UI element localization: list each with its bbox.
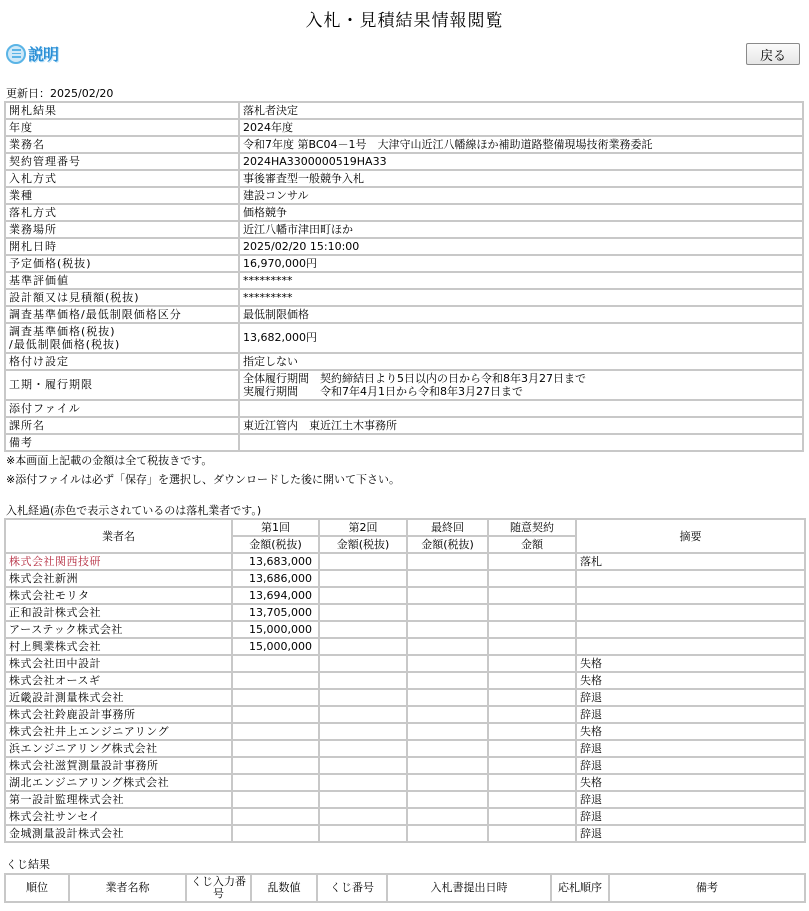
info-label: 契約管理番号 <box>5 153 239 170</box>
header-company: 業者名 <box>5 519 232 553</box>
info-label: 調査基準価格(税抜)/最低制限価格(税抜) <box>5 323 239 353</box>
company-cell: アーステック株式会社 <box>5 621 232 638</box>
bid-info-table: 開札結果落札者決定年度2024年度業務名令和7年度 第BC04－1号 大津守山近… <box>4 101 804 452</box>
round2-amount <box>319 706 407 723</box>
info-row: 業務場所近江八幡市津田町ほか <box>5 221 803 238</box>
lottery-table: 順位業者名称くじ入力番号乱数値くじ番号入札書提出日時応札順序備考 <box>4 873 806 903</box>
round2-amount <box>319 808 407 825</box>
negotiated-amount <box>488 672 576 689</box>
round1-amount <box>232 723 319 740</box>
round1-amount: 13,705,000 <box>232 604 319 621</box>
info-row: 業種建設コンサル <box>5 187 803 204</box>
final-amount <box>407 791 488 808</box>
round2-amount <box>319 587 407 604</box>
final-amount <box>407 825 488 842</box>
info-label: 備考 <box>5 434 239 451</box>
info-label: 年度 <box>5 119 239 136</box>
round1-amount <box>232 655 319 672</box>
final-amount <box>407 808 488 825</box>
info-label: 開札結果 <box>5 102 239 119</box>
info-value: ********* <box>239 272 803 289</box>
bid-row: 近畿設計測量株式会社辞退 <box>5 689 805 706</box>
info-row: 備考 <box>5 434 803 451</box>
final-amount <box>407 655 488 672</box>
negotiated-amount <box>488 621 576 638</box>
summary-cell: 落札 <box>576 553 805 570</box>
company-cell: 第一設計監理株式会社 <box>5 791 232 808</box>
header-final: 最終回 <box>407 519 488 536</box>
bid-row: アーステック株式会社15,000,000 <box>5 621 805 638</box>
round1-amount <box>232 774 319 791</box>
summary-cell <box>576 587 805 604</box>
info-row: 開札日時2025/02/20 15:10:00 <box>5 238 803 255</box>
summary-cell: 辞退 <box>576 757 805 774</box>
company-cell: 株式会社サンセイ <box>5 808 232 825</box>
info-value: ********* <box>239 289 803 306</box>
info-value: 指定しない <box>239 353 803 370</box>
help-label: 説明 <box>28 42 58 65</box>
header-round1-amount: 金額(税抜) <box>232 536 319 553</box>
tax-note: ※本画面上記載の金額は全て税抜きです。 <box>6 452 212 468</box>
info-row: 調査基準価格(税抜)/最低制限価格(税抜)13,682,000円 <box>5 323 803 353</box>
round1-amount <box>232 757 319 774</box>
info-value: 建設コンサル <box>239 187 803 204</box>
info-label: 開札日時 <box>5 238 239 255</box>
round2-amount <box>319 672 407 689</box>
bid-row: 正和設計株式会社13,705,000 <box>5 604 805 621</box>
round2-amount <box>319 655 407 672</box>
final-amount <box>407 570 488 587</box>
info-label: 業種 <box>5 187 239 204</box>
header-round2: 第2回 <box>319 519 407 536</box>
lottery-header: 入札書提出日時 <box>387 874 551 902</box>
info-row: 落札方式価格競争 <box>5 204 803 221</box>
bid-row: 株式会社モリタ13,694,000 <box>5 587 805 604</box>
round1-amount: 15,000,000 <box>232 638 319 655</box>
final-amount <box>407 757 488 774</box>
negotiated-amount <box>488 774 576 791</box>
info-label-line: /最低制限価格(税抜) <box>9 338 235 351</box>
attachment-note: ※添付ファイルは必ず「保存」を選択し、ダウンロードした後に開いて下さい。 <box>6 471 400 487</box>
negotiated-amount <box>488 604 576 621</box>
round1-amount: 13,694,000 <box>232 587 319 604</box>
info-value <box>239 400 803 417</box>
final-amount <box>407 774 488 791</box>
round2-amount <box>319 740 407 757</box>
header-summary: 摘要 <box>576 519 805 553</box>
company-cell: 株式会社滋賀測量設計事務所 <box>5 757 232 774</box>
info-label: 業務名 <box>5 136 239 153</box>
negotiated-amount <box>488 570 576 587</box>
info-label: 課所名 <box>5 417 239 434</box>
round1-amount <box>232 672 319 689</box>
final-amount <box>407 706 488 723</box>
header-round2-amount: 金額(税抜) <box>319 536 407 553</box>
final-amount <box>407 689 488 706</box>
final-amount <box>407 604 488 621</box>
final-amount <box>407 723 488 740</box>
info-label: 予定価格(税抜) <box>5 255 239 272</box>
final-amount <box>407 621 488 638</box>
company-cell: 株式会社モリタ <box>5 587 232 604</box>
final-amount <box>407 638 488 655</box>
round1-amount <box>232 689 319 706</box>
summary-cell: 辞退 <box>576 825 805 842</box>
company-cell: 株式会社井上エンジニアリング <box>5 723 232 740</box>
bid-history-caption: 入札経過(赤色で表示されているのは落札業者です。) <box>6 502 261 518</box>
back-button[interactable]: 戻る <box>746 43 800 65</box>
round1-amount <box>232 706 319 723</box>
company-cell: 株式会社オースギ <box>5 672 232 689</box>
negotiated-amount <box>488 638 576 655</box>
bid-row: 金城測量設計株式会社辞退 <box>5 825 805 842</box>
company-cell: 株式会社田中設計 <box>5 655 232 672</box>
page-title: 入札・見積結果情報閲覧 <box>0 6 809 31</box>
info-value: 落札者決定 <box>239 102 803 119</box>
info-value-line: 全体履行期間 契約締結日より5日以内の日から令和8年3月27日まで <box>243 372 799 385</box>
final-amount <box>407 740 488 757</box>
negotiated-amount <box>488 655 576 672</box>
summary-cell <box>576 621 805 638</box>
header-final-amount: 金額(税抜) <box>407 536 488 553</box>
info-value: 事後審査型一般競争入札 <box>239 170 803 187</box>
negotiated-amount <box>488 808 576 825</box>
summary-cell: 辞退 <box>576 689 805 706</box>
info-row: 年度2024年度 <box>5 119 803 136</box>
negotiated-amount <box>488 723 576 740</box>
bid-row: 浜エンジニアリング株式会社辞退 <box>5 740 805 757</box>
summary-cell: 辞退 <box>576 740 805 757</box>
lottery-header: 備考 <box>609 874 805 902</box>
round1-amount <box>232 740 319 757</box>
info-row: 調査基準価格/最低制限価格区分最低制限価格 <box>5 306 803 323</box>
round2-amount <box>319 791 407 808</box>
info-label: 添付ファイル <box>5 400 239 417</box>
bid-row: 株式会社井上エンジニアリング失格 <box>5 723 805 740</box>
round2-amount <box>319 689 407 706</box>
lottery-header: くじ番号 <box>317 874 387 902</box>
bid-row: 株式会社サンセイ辞退 <box>5 808 805 825</box>
info-value <box>239 434 803 451</box>
round2-amount <box>319 723 407 740</box>
info-label: 格付け設定 <box>5 353 239 370</box>
info-value-line: 実履行期間 令和7年4月1日から令和8年3月27日まで <box>243 385 799 398</box>
info-label: 設計額又は見積額(税抜) <box>5 289 239 306</box>
summary-cell: 失格 <box>576 672 805 689</box>
summary-cell: 失格 <box>576 774 805 791</box>
summary-cell: 失格 <box>576 655 805 672</box>
summary-cell <box>576 604 805 621</box>
info-label-line: 調査基準価格(税抜) <box>9 325 235 338</box>
summary-cell <box>576 638 805 655</box>
round2-amount <box>319 621 407 638</box>
negotiated-amount <box>488 791 576 808</box>
info-value: 東近江管内 東近江土木事務所 <box>239 417 803 434</box>
info-value: 近江八幡市津田町ほか <box>239 221 803 238</box>
summary-cell: 辞退 <box>576 791 805 808</box>
info-label: 業務場所 <box>5 221 239 238</box>
round2-amount <box>319 757 407 774</box>
lottery-header: くじ入力番号 <box>186 874 251 902</box>
info-row: 課所名東近江管内 東近江土木事務所 <box>5 417 803 434</box>
info-value: 全体履行期間 契約締結日より5日以内の日から令和8年3月27日まで実履行期間 令… <box>239 370 803 400</box>
bid-row: 株式会社滋賀測量設計事務所辞退 <box>5 757 805 774</box>
round1-amount <box>232 791 319 808</box>
company-cell: 株式会社関西技研 <box>5 553 232 570</box>
lottery-header: 業者名称 <box>69 874 186 902</box>
updated-date: 更新日：2025/02/20 <box>6 85 113 101</box>
summary-cell: 辞退 <box>576 706 805 723</box>
company-cell: 株式会社新洲 <box>5 570 232 587</box>
company-cell: 近畿設計測量株式会社 <box>5 689 232 706</box>
company-cell: 正和設計株式会社 <box>5 604 232 621</box>
header-negotiated-amount: 金額 <box>488 536 576 553</box>
negotiated-amount <box>488 689 576 706</box>
info-row: 業務名令和7年度 第BC04－1号 大津守山近江八幡線ほか補助道路整備現場技術業… <box>5 136 803 153</box>
info-row: 設計額又は見積額(税抜)********* <box>5 289 803 306</box>
info-label: 落札方式 <box>5 204 239 221</box>
round1-amount <box>232 825 319 842</box>
company-cell: 浜エンジニアリング株式会社 <box>5 740 232 757</box>
info-value: 2024年度 <box>239 119 803 136</box>
info-row: 開札結果落札者決定 <box>5 102 803 119</box>
negotiated-amount <box>488 587 576 604</box>
lottery-caption: くじ結果 <box>6 856 50 872</box>
round2-amount <box>319 774 407 791</box>
winning-bid-row: 株式会社関西技研13,683,000落札 <box>5 553 805 570</box>
info-value: 13,682,000円 <box>239 323 803 353</box>
info-value: 2024HA3300000519HA33 <box>239 153 803 170</box>
round2-amount <box>319 570 407 587</box>
lottery-header: 順位 <box>5 874 69 902</box>
document-icon <box>6 44 26 64</box>
summary-cell: 辞退 <box>576 808 805 825</box>
bid-row: 湖北エンジニアリング株式会社失格 <box>5 774 805 791</box>
info-value: 2025/02/20 15:10:00 <box>239 238 803 255</box>
lottery-header: 応札順序 <box>551 874 609 902</box>
final-amount <box>407 587 488 604</box>
round1-amount: 15,000,000 <box>232 621 319 638</box>
bid-row: 株式会社鈴鹿設計事務所辞退 <box>5 706 805 723</box>
negotiated-amount <box>488 740 576 757</box>
negotiated-amount <box>488 825 576 842</box>
info-label: 基準評価値 <box>5 272 239 289</box>
final-amount <box>407 553 488 570</box>
company-cell: 金城測量設計株式会社 <box>5 825 232 842</box>
info-row: 添付ファイル <box>5 400 803 417</box>
info-value: 16,970,000円 <box>239 255 803 272</box>
info-row: 格付け設定指定しない <box>5 353 803 370</box>
negotiated-amount <box>488 706 576 723</box>
final-amount <box>407 672 488 689</box>
bid-row: 第一設計監理株式会社辞退 <box>5 791 805 808</box>
round1-amount: 13,683,000 <box>232 553 319 570</box>
summary-cell: 失格 <box>576 723 805 740</box>
company-cell: 株式会社鈴鹿設計事務所 <box>5 706 232 723</box>
help-link[interactable]: 説明 <box>6 42 58 65</box>
bid-row: 株式会社新洲13,686,000 <box>5 570 805 587</box>
info-value: 令和7年度 第BC04－1号 大津守山近江八幡線ほか補助道路整備現場技術業務委託 <box>239 136 803 153</box>
bid-history-table: 業者名 第1回 第2回 最終回 随意契約 摘要 金額(税抜) 金額(税抜) 金額… <box>4 518 806 843</box>
info-row: 工期・履行期限全体履行期間 契約締結日より5日以内の日から令和8年3月27日まで… <box>5 370 803 400</box>
info-row: 入札方式事後審査型一般競争入札 <box>5 170 803 187</box>
bid-row: 村上興業株式会社15,000,000 <box>5 638 805 655</box>
summary-cell <box>576 570 805 587</box>
round2-amount <box>319 825 407 842</box>
round2-amount <box>319 553 407 570</box>
info-label: 調査基準価格/最低制限価格区分 <box>5 306 239 323</box>
lottery-header: 乱数値 <box>251 874 317 902</box>
info-row: 予定価格(税抜)16,970,000円 <box>5 255 803 272</box>
bid-row: 株式会社オースギ失格 <box>5 672 805 689</box>
header-round1: 第1回 <box>232 519 319 536</box>
negotiated-amount <box>488 757 576 774</box>
negotiated-amount <box>488 553 576 570</box>
info-label: 入札方式 <box>5 170 239 187</box>
round1-amount <box>232 808 319 825</box>
info-label: 工期・履行期限 <box>5 370 239 400</box>
info-value: 価格競争 <box>239 204 803 221</box>
info-value: 最低制限価格 <box>239 306 803 323</box>
round2-amount <box>319 638 407 655</box>
info-row: 契約管理番号2024HA3300000519HA33 <box>5 153 803 170</box>
company-cell: 湖北エンジニアリング株式会社 <box>5 774 232 791</box>
bid-row: 株式会社田中設計失格 <box>5 655 805 672</box>
round2-amount <box>319 604 407 621</box>
info-row: 基準評価値********* <box>5 272 803 289</box>
header-negotiated: 随意契約 <box>488 519 576 536</box>
round1-amount: 13,686,000 <box>232 570 319 587</box>
company-cell: 村上興業株式会社 <box>5 638 232 655</box>
